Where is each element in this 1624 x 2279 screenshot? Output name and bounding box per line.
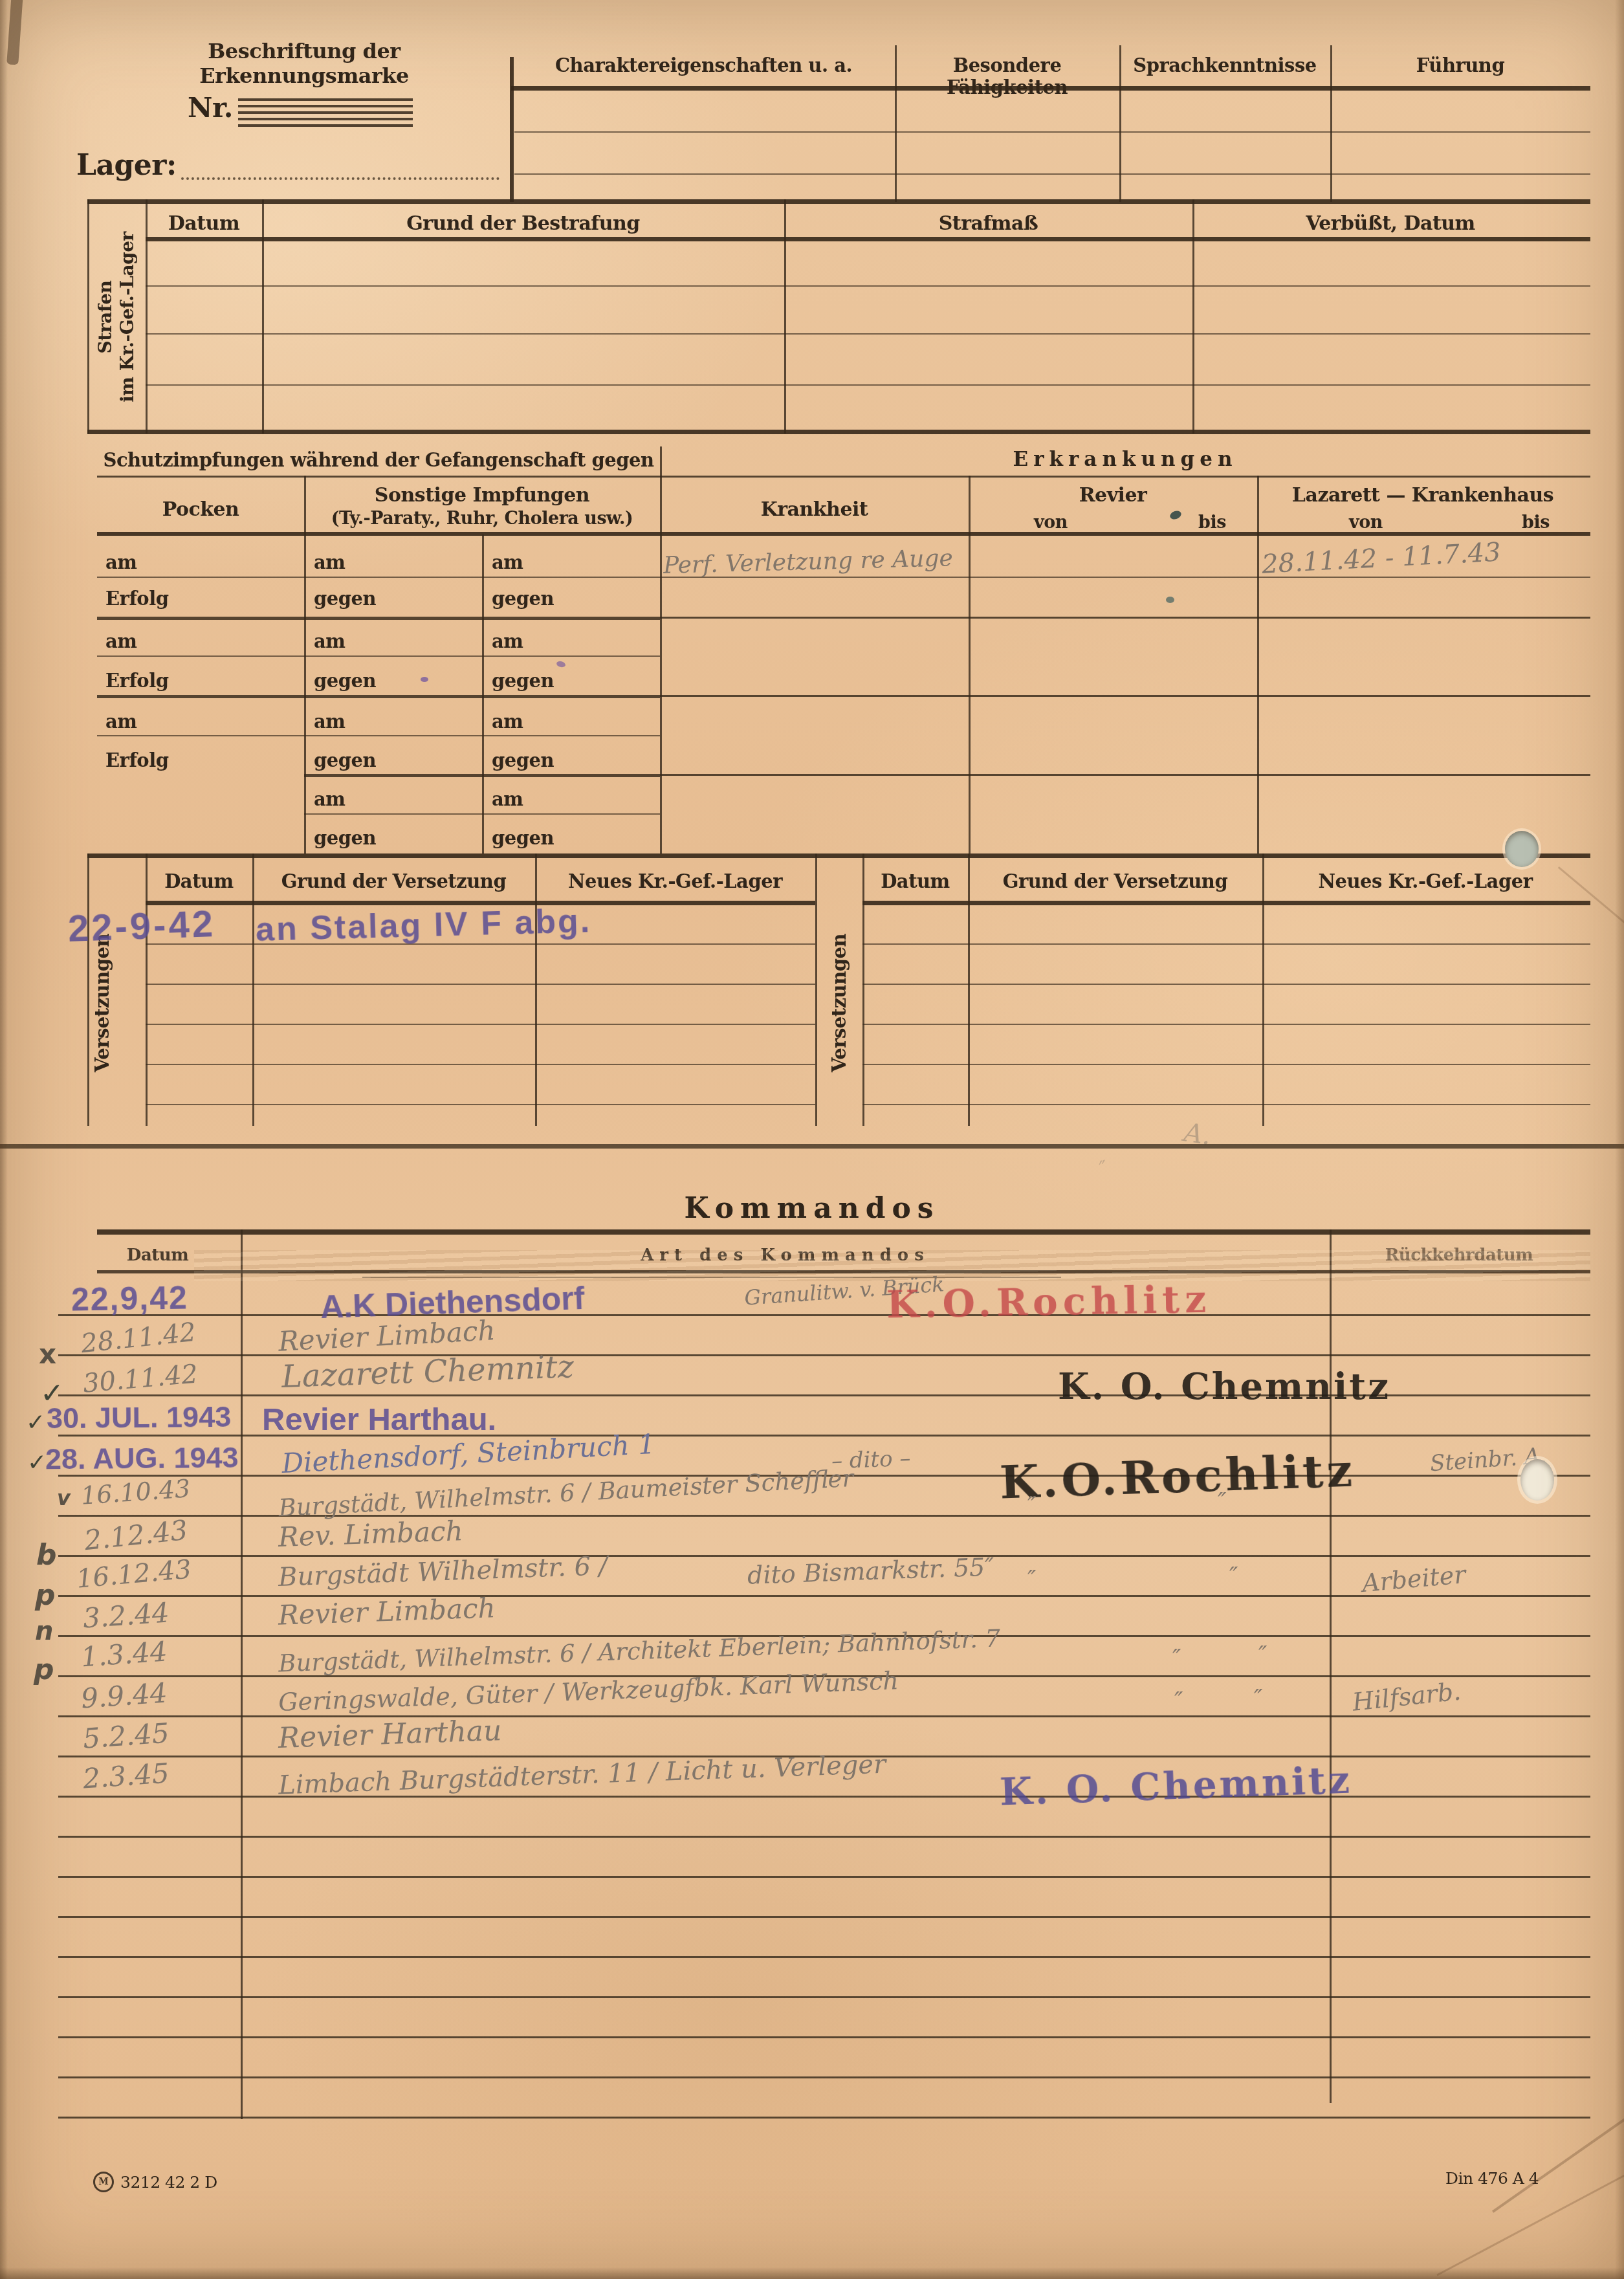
divider-line xyxy=(87,199,1590,204)
divider-line xyxy=(510,57,514,202)
divider-line xyxy=(146,384,1590,386)
divider-line xyxy=(1330,45,1332,202)
divider-line xyxy=(146,853,148,1126)
hand-row-datum: 9.9.44 xyxy=(80,1677,168,1714)
punch-hole xyxy=(1520,1459,1554,1501)
divider-line xyxy=(862,943,1590,945)
divider-line xyxy=(87,199,89,434)
versetzungen-col-grund: Grund der Versetzung xyxy=(252,870,535,892)
versetzungen-col-neues: Neues Kr.-Gef.-Lager xyxy=(1262,870,1588,892)
pencil-scribble: ″ xyxy=(1097,1156,1109,1180)
hand-row-datum: 28. AUG. 1943 xyxy=(45,1441,239,1477)
divider-line xyxy=(862,1064,1590,1065)
cell-am: am xyxy=(314,710,345,732)
cell-am: am xyxy=(105,710,137,732)
versetzungen-side-label-middle: Versetzungen xyxy=(820,912,859,1094)
margin-mark: v xyxy=(57,1486,71,1510)
divider-line xyxy=(146,1064,815,1065)
erkrankungen-title: Erkrankungen xyxy=(660,448,1590,471)
sonstige-impfungen-sublabel: (Ty.-Paraty., Ruhr, Cholera usw.) xyxy=(304,509,660,529)
col-header-charaktereigenschaften: Charaktereigenschaften u. a. xyxy=(518,54,890,76)
lazarett-label: Lazarett — Krankenhaus xyxy=(1257,484,1588,507)
divider-line xyxy=(97,655,660,657)
divider-line xyxy=(97,1229,1590,1235)
scan-edge xyxy=(0,0,8,2279)
cell-am: am xyxy=(314,551,345,573)
cell-gegen: gegen xyxy=(492,588,554,610)
versetzungen-col-grund: Grund der Versetzung xyxy=(968,870,1262,892)
divider-line xyxy=(146,984,815,985)
hand-row-datum: 1.3.44 xyxy=(80,1635,168,1673)
strafen-side-label-text: Strafenim Kr.-Gef.-Lager xyxy=(94,232,138,402)
divider-line xyxy=(146,333,1590,335)
col-header-fuehrung: Führung xyxy=(1334,54,1586,76)
divider-line xyxy=(660,446,662,853)
cell-gegen: gegen xyxy=(492,670,554,692)
cell-gegen: gegen xyxy=(314,588,376,610)
cell-gegen: gegen xyxy=(314,749,376,771)
nr-label: Nr. xyxy=(188,92,233,124)
divider-line xyxy=(482,534,484,853)
cell-gegen: gegen xyxy=(492,827,554,849)
strafen-side-label: Strafenim Kr.-Gef.-Lager xyxy=(94,214,139,421)
lager-label: Lager: xyxy=(76,149,177,182)
margin-mark: ✓ xyxy=(27,1449,47,1476)
lazarett-bis-label: bis xyxy=(1522,512,1550,533)
kommandos-col-rueckkehrdatum: Rückkehrdatum xyxy=(1330,1246,1588,1265)
versetzungen-col-neues: Neues Kr.-Gef.-Lager xyxy=(535,870,815,892)
divider-line xyxy=(535,853,537,1126)
cell-am: am xyxy=(105,630,137,652)
divider-line xyxy=(146,237,1590,241)
divider-line xyxy=(660,774,1590,776)
divider-line xyxy=(895,45,897,202)
divider-line xyxy=(87,430,1590,434)
cell-erfolg: Erfolg xyxy=(105,749,169,771)
stamp-ko-rochlitz-red: K.O.Rochlitz xyxy=(886,1277,1211,1327)
strafen-col-grund: Grund der Bestrafung xyxy=(262,212,784,235)
pocken-label: Pocken xyxy=(97,498,304,521)
divider-line xyxy=(660,617,1590,619)
kommandos-col-datum: Datum xyxy=(74,1246,241,1265)
hand-row-datum: 3.2.44 xyxy=(82,1596,170,1634)
margin-mark: n xyxy=(35,1616,53,1646)
ink-speck xyxy=(556,660,566,668)
revier-label: Revier xyxy=(969,484,1257,507)
sonstige-impfungen-label: Sonstige Impfungen xyxy=(304,484,660,507)
strafen-col-verbusst: Verbüßt, Datum xyxy=(1192,212,1588,235)
pow-record-card: Beschriftung der Erkennungsmarke Nr. Lag… xyxy=(0,0,1624,2279)
ditto-mark: ″ xyxy=(1258,1642,1267,1668)
divider-line xyxy=(862,901,1590,905)
ditto-mark: ″ xyxy=(1174,1688,1183,1714)
hand-row-datum: 22,9,42 xyxy=(71,1279,189,1318)
printer-mark-icon: M xyxy=(93,2172,114,2192)
cell-erfolg: Erfolg xyxy=(105,588,169,610)
hand-row-datum: 30. JUL. 1943 xyxy=(47,1400,232,1435)
id-section-title: Beschriftung der Erkennungsmarke xyxy=(123,39,485,88)
scan-edge xyxy=(1615,0,1624,2279)
cell-am: am xyxy=(314,788,345,810)
revier-bis-label: bis xyxy=(1198,512,1226,533)
divider-line xyxy=(97,695,660,698)
cell-gegen: gegen xyxy=(314,827,376,849)
divider-line xyxy=(146,1024,815,1025)
divider-line xyxy=(97,735,660,736)
ditto-mark: ″ xyxy=(1027,1566,1036,1592)
ditto-mark: ″ xyxy=(1027,1492,1036,1519)
hand-row-datum: 2.3.45 xyxy=(82,1757,170,1794)
divider-line xyxy=(660,577,1590,578)
margin-mark: p xyxy=(34,1653,54,1686)
divider-line xyxy=(1119,45,1121,202)
ditto-mark: ″ xyxy=(1218,1488,1226,1515)
punch-hole xyxy=(1505,831,1539,867)
divider-line xyxy=(97,577,660,578)
divider-line xyxy=(97,617,660,620)
kommandos-col-art: Art des Kommandos xyxy=(241,1246,1330,1265)
nr-ruled-lines xyxy=(238,98,413,128)
print-code-left-text: 3212 42 2 D xyxy=(120,2173,217,2192)
divider-line xyxy=(97,1270,1590,1273)
stamp-kommando: Revier Harthau. xyxy=(262,1402,496,1438)
divider-line xyxy=(304,476,306,853)
divider-line xyxy=(304,774,660,777)
scan-edge xyxy=(0,2267,1624,2279)
cell-gegen: gegen xyxy=(314,670,376,692)
versetzungen-col-datum: Datum xyxy=(146,870,252,892)
stamp-transfer-text: an Stalag IV F abg. xyxy=(255,901,592,949)
divider-line xyxy=(862,853,864,1126)
strafen-col-strafmass: Strafmaß xyxy=(784,212,1192,235)
divider-line xyxy=(146,285,1590,287)
hand-row-datum: 5.2.45 xyxy=(82,1717,170,1754)
divider-line xyxy=(815,853,817,1126)
divider-line xyxy=(862,1024,1590,1025)
stamp-ko-chemnitz-black: K. O. Chemnitz xyxy=(1058,1365,1390,1408)
margin-mark: ✓ xyxy=(26,1409,45,1436)
ink-blot xyxy=(1166,597,1174,603)
divider-line xyxy=(660,695,1590,697)
divider-line xyxy=(862,984,1590,985)
divider-line xyxy=(304,813,660,815)
margin-mark: p xyxy=(35,1579,56,1612)
divider-line xyxy=(252,853,254,1126)
divider-line xyxy=(514,173,1590,175)
divider-line xyxy=(362,1277,1061,1278)
hand-entry-krankheit: Perf. Verletzung re Auge xyxy=(663,545,954,579)
divider-line xyxy=(97,476,1590,478)
scan-edge xyxy=(6,0,23,65)
ditto-mark: ″ xyxy=(1229,1563,1238,1589)
col-header-sprachkenntnisse: Sprachkenntnisse xyxy=(1123,54,1326,76)
impfungen-title: Schutzimpfungen während der Gefangenscha… xyxy=(97,449,660,471)
ditto-mark: ″ xyxy=(1172,1645,1181,1671)
divider-line xyxy=(514,131,1590,133)
kommandos-title: Kommandos xyxy=(521,1192,1103,1225)
divider-line xyxy=(146,1104,815,1105)
revier-von-label: von xyxy=(1034,512,1068,533)
stamp-transfer-date: 22-9-42 xyxy=(67,902,216,951)
divider-line xyxy=(87,853,1590,858)
ink-speck xyxy=(421,677,428,682)
cell-am: am xyxy=(314,630,345,652)
cell-am: am xyxy=(492,551,523,573)
fold-line xyxy=(0,1144,1624,1149)
cell-am: am xyxy=(105,551,137,573)
print-code-right: Din 476 A 4 xyxy=(1445,2169,1539,2188)
divider-line xyxy=(146,943,815,945)
margin-mark: x xyxy=(39,1338,56,1370)
print-code-left: M 3212 42 2 D xyxy=(93,2172,217,2192)
cell-erfolg: Erfolg xyxy=(105,670,169,692)
margin-mark: b xyxy=(36,1539,57,1572)
lager-fill-line xyxy=(181,149,499,180)
strafen-col-datum: Datum xyxy=(146,212,262,235)
hand-entry-lazarett-dates: 28.11.42 - 11.7.43 xyxy=(1261,537,1502,579)
cell-am: am xyxy=(492,710,523,732)
hand-row-art: Rev. Limbach xyxy=(278,1515,463,1553)
ditto-mark: ″ xyxy=(1254,1685,1262,1712)
cell-am: am xyxy=(492,788,523,810)
divider-line xyxy=(511,86,1590,91)
cell-am: am xyxy=(492,630,523,652)
versetzungen-col-datum: Datum xyxy=(862,870,968,892)
krankheit-label: Krankheit xyxy=(660,498,969,521)
divider-line xyxy=(862,1104,1590,1105)
divider-line xyxy=(1257,476,1259,853)
col-header-besondere-faehigkeiten: Besondere Fähigkeiten xyxy=(899,54,1115,98)
divider-line xyxy=(1262,853,1264,1126)
divider-line xyxy=(97,532,1590,536)
lazarett-von-label: von xyxy=(1349,512,1383,533)
ink-blot xyxy=(1169,509,1182,520)
divider-line xyxy=(968,853,970,1126)
divider-line xyxy=(969,476,971,853)
cell-gegen: gegen xyxy=(492,749,554,771)
